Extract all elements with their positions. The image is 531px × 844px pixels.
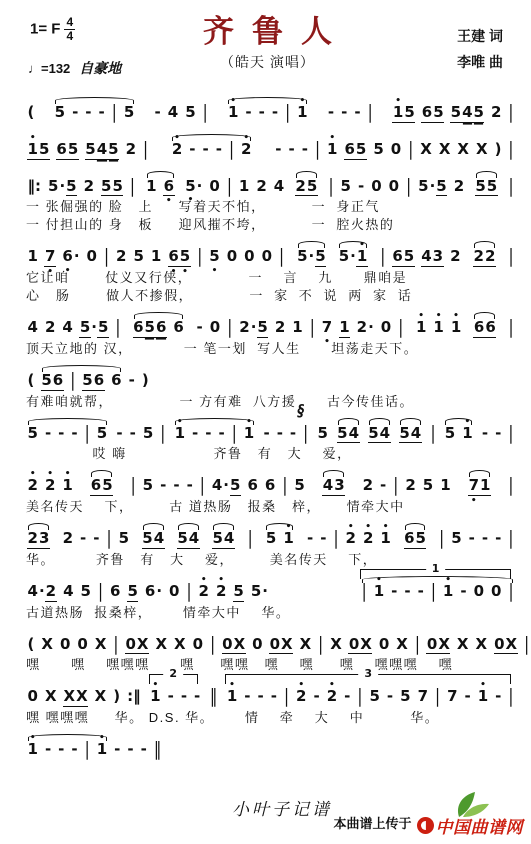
note-token: 6 — [173, 320, 184, 336]
note-token: 0 — [380, 320, 391, 336]
beat-cell: 5 — [142, 478, 153, 494]
note-token: 2 — [356, 320, 367, 336]
octave-dot-above: • — [296, 683, 307, 688]
note-token: 2 — [44, 320, 55, 336]
beat-cell: 0X — [494, 637, 518, 655]
beat-cell: 55 — [475, 179, 498, 197]
music-system: (56|566-)有难咱就帮， 一 方有难 八方援 古今传佳话。 — [10, 360, 525, 410]
note-token: - — [58, 426, 65, 442]
note-group: 51• — [441, 426, 476, 442]
note-token: 7 — [447, 689, 458, 705]
beat-cell: 1• — [380, 531, 391, 547]
note-group: 4·245|656·0|2•2•55· — [24, 584, 271, 602]
note-token: 5• — [185, 179, 196, 195]
note-token: 1• — [150, 689, 161, 705]
note-line: 1•---|1•---‖ — [10, 729, 525, 761]
beat-cell: - — [58, 426, 65, 442]
note-token: · — [429, 179, 436, 195]
note-token: 5 — [373, 142, 384, 158]
beat-cell: - — [417, 584, 424, 600]
note-token: - — [417, 584, 424, 600]
beat-cell: | — [283, 689, 289, 705]
beat-cell: | — [367, 105, 373, 121]
note-token: 2• — [44, 478, 55, 494]
beat-cell: 5 — [233, 584, 244, 602]
beat-cell: 5 — [96, 426, 107, 442]
note-group: 1•5655452| — [24, 142, 152, 160]
note-token: - — [327, 105, 334, 121]
beat-cell: | — [406, 179, 412, 195]
octave-dot-below: • — [321, 340, 332, 345]
note-token: X — [330, 637, 343, 653]
beat-cell: | — [328, 179, 334, 195]
slur-arc — [28, 418, 107, 425]
note-token: 4 — [63, 584, 74, 600]
beat-cell: - — [344, 689, 351, 705]
note-token: | — [160, 424, 166, 444]
beat-cell: 54 — [399, 426, 422, 444]
beat-cell: - — [128, 373, 135, 389]
music-system: 4245·5|6566-0|2·521|7•12·0|1•1•1•66|顶天立地… — [10, 307, 525, 357]
ending-number: 2 — [163, 667, 183, 681]
note-token: 5 — [133, 249, 144, 265]
beat-cell: | — [227, 320, 233, 336]
note-group: | — [244, 531, 256, 547]
beat-cell: 0 — [491, 584, 502, 600]
note-token: 5 — [399, 426, 410, 444]
note-token: · — [73, 249, 80, 265]
note-token: 1• — [283, 531, 294, 547]
note-token: X — [299, 637, 312, 653]
beat-cell: 2 — [450, 249, 461, 265]
note-token: - — [313, 689, 320, 705]
note-token: ‖ — [209, 687, 218, 707]
beat-cell: 2• — [171, 142, 182, 158]
note-token: X — [505, 637, 518, 655]
note-token: X — [457, 142, 470, 158]
note-group: -) — [125, 373, 152, 389]
note-token: 5 — [265, 531, 276, 547]
note-token: - — [354, 105, 361, 121]
note-token: | — [199, 476, 205, 496]
note-token: 2 — [405, 478, 416, 494]
octave-dot-above: • — [326, 683, 337, 688]
site-logo: 中国曲谱网 — [417, 791, 524, 838]
beat-cell: - — [189, 142, 196, 158]
beat-cell: 2 — [44, 320, 55, 336]
note-token: | — [130, 476, 136, 496]
note-token: - — [320, 531, 327, 547]
note-token: 2 — [45, 584, 56, 602]
music-system: 2•2•1•65|5---|4·566|5432-|2517•1|美名传天 下，… — [10, 465, 525, 515]
beat-cell: 2• — [362, 531, 373, 547]
note-token: 0 — [77, 637, 88, 653]
beat-cell: | — [508, 179, 514, 195]
music-system: 0XXXX):‖21•---‖31•---|2•-2•-|5-57|7-1•-|… — [10, 676, 525, 726]
note-token: 5 — [127, 584, 138, 602]
note-group: 23 — [24, 531, 53, 549]
note-token: · — [59, 179, 66, 195]
note-token: - — [301, 142, 308, 158]
beat-cell: 6 — [173, 320, 184, 336]
note-token: 5 — [369, 689, 380, 705]
beat-cell: - — [263, 426, 270, 442]
beat-cell: - — [154, 105, 161, 121]
beat-cell: 4 — [63, 584, 74, 600]
beat-cell: - — [354, 105, 361, 121]
note-token: · — [156, 584, 163, 600]
note-token: 4 — [348, 426, 359, 444]
note-group: 6566 — [130, 320, 188, 338]
note-token: 1 — [480, 478, 491, 496]
music-system: ‖:5·5255|16•5•·0|12425|5-00|5·5255|一 张倔强… — [10, 166, 525, 234]
note-token: | — [247, 529, 253, 549]
note-token: | — [333, 529, 339, 549]
beat-cell: 5 — [133, 249, 144, 265]
beat-cell: X — [457, 142, 470, 158]
note-token: 5 — [400, 689, 411, 705]
note-token: 0 — [269, 637, 280, 655]
note-token: | — [406, 177, 412, 197]
beat-cell: 5 — [54, 105, 65, 121]
beat-cell: 0 — [252, 637, 263, 653]
octave-dot-above: • — [283, 525, 294, 530]
octave-dot-above: • — [362, 525, 373, 530]
note-token: 5 — [297, 249, 308, 265]
music-system: 4·245|656·0|2•2•55·1|1•---|1•-00|古道热肠 报桑… — [10, 571, 525, 621]
beat-cell: 1• — [227, 105, 238, 121]
note-group: --5| — [113, 426, 169, 442]
note-token: - — [257, 689, 264, 705]
note-token: 5 — [475, 179, 486, 197]
beat-cell: - — [404, 584, 411, 600]
note-token: 5 — [294, 478, 305, 494]
octave-dot-below: • — [168, 270, 179, 275]
octave-dot-above: • — [62, 472, 73, 477]
beat-cell: 1• — [415, 320, 426, 336]
ending-number: 3 — [358, 667, 378, 681]
beat-cell: 5 — [373, 142, 384, 158]
transcriber-signature: 小叶子记谱 — [232, 795, 332, 820]
note-token: | — [97, 582, 103, 602]
note-token: 5 — [118, 531, 129, 547]
note-group: 5 — [314, 426, 331, 442]
beat-cell: 0 — [390, 142, 401, 158]
note-token: 2 — [274, 320, 285, 336]
note-token: X — [41, 637, 54, 653]
note-token: X — [396, 637, 409, 653]
note-token: 5 — [368, 426, 379, 444]
beat-cell: ‖ — [209, 689, 218, 705]
note-token: X — [136, 637, 149, 655]
note-group: | — [505, 179, 517, 195]
note-token: 5 — [230, 478, 241, 496]
beat-cell: 65 — [392, 249, 415, 267]
beat-cell: - — [301, 142, 308, 158]
note-token: 3 — [432, 249, 443, 267]
octave-dot-above: • — [243, 420, 254, 425]
note-token: X — [44, 689, 57, 705]
note-token: · — [223, 478, 230, 494]
note-token: 0 — [209, 179, 220, 195]
note-token: 5 — [142, 478, 153, 494]
octave-dot-above: • — [174, 420, 185, 425]
beat-cell: | — [508, 426, 514, 442]
note-token: | — [380, 247, 386, 267]
note-token: 1• — [477, 689, 488, 705]
note-token: X — [94, 637, 107, 653]
beat-cell: 54 — [337, 426, 360, 444]
note-token: 5 — [27, 426, 38, 442]
octave-dot-above: • — [226, 683, 237, 688]
beat-cell: | — [524, 637, 530, 653]
note-token: X — [155, 637, 168, 653]
note-token: 5 — [142, 426, 153, 442]
note-group: 1•1•1• — [412, 320, 464, 336]
octave-dot-above: • — [380, 525, 391, 530]
note-token: X — [475, 637, 488, 653]
note-token: 5 — [257, 320, 268, 338]
beat-cell: 0 — [192, 637, 203, 653]
note-token: - — [85, 105, 92, 121]
note-line: 4·245|656·0|2•2•55·1|1•---|1•-00| — [10, 571, 525, 605]
note-group: 2•---|2• — [168, 142, 255, 158]
note-token: | — [508, 247, 514, 267]
note-token: 1• — [380, 531, 391, 547]
note-token: · — [38, 584, 45, 600]
beat-cell: 65 — [344, 142, 367, 160]
beat-cell: 54 — [368, 426, 391, 444]
beat-cell: | — [186, 584, 192, 600]
note-token: | — [283, 687, 289, 707]
beat-cell: 2 — [125, 142, 136, 158]
octave-dot-above: • — [27, 736, 38, 741]
note-token: 7 — [417, 689, 428, 705]
note-token: 2• — [241, 142, 252, 158]
beat-cell: X — [438, 142, 451, 158]
beat-cell: 0 — [371, 179, 382, 195]
note-token: 5 — [67, 142, 78, 160]
note-token: | — [508, 177, 514, 197]
note-token: 6 — [404, 531, 415, 549]
beat-cell: 7•1 — [468, 478, 491, 496]
note-token: ) — [141, 373, 149, 389]
beat-cell: 56 — [41, 373, 64, 391]
note-token: 6 — [473, 320, 484, 338]
note-group: 31•---|2•-2•-|5-57|7-1•-| — [223, 689, 517, 705]
note-token: | — [508, 687, 514, 707]
beat-cell: 1• — [150, 689, 161, 705]
note-token: 0 — [27, 689, 38, 705]
octave-dot-above: • — [356, 243, 367, 248]
beat-cell: 6 — [110, 584, 121, 600]
note-token: - — [357, 179, 364, 195]
note-token: - — [495, 426, 502, 442]
octave-dot-above: • — [415, 314, 426, 319]
beat-cell: - — [481, 531, 488, 547]
note-token: 0 — [371, 179, 382, 195]
note-token: 2 — [453, 179, 464, 195]
octave-dot-above: • — [450, 314, 461, 319]
note-group: ---‖ — [111, 742, 165, 758]
note-token: 6 — [110, 584, 121, 600]
beat-cell: 0 — [378, 637, 389, 653]
beat-cell: 1• — [462, 426, 473, 442]
note-token: - — [468, 531, 475, 547]
note-token: 5 — [185, 105, 196, 121]
beat-cell: | — [318, 637, 324, 653]
note-token: 0 — [125, 637, 136, 655]
upload-note: 本曲谱上传于 — [333, 813, 411, 838]
beat-cell: 5•· — [185, 179, 203, 195]
beat-cell: 2• — [198, 584, 209, 600]
note-token: | — [103, 247, 109, 267]
beat-cell: - — [72, 105, 79, 121]
beat-cell: 5·5 — [297, 249, 327, 267]
beat-cell: - — [93, 531, 100, 547]
beat-cell: 2 — [83, 179, 94, 195]
beat-cell: 56 — [82, 373, 105, 391]
note-token: 4 — [322, 478, 333, 496]
beat-cell: - — [391, 584, 398, 600]
note-token: | — [285, 103, 291, 123]
note-token: - — [189, 142, 196, 158]
brand-row: 中国曲谱网 — [417, 813, 524, 838]
note-token: 2• — [326, 689, 337, 705]
note-token: 5 — [340, 179, 351, 195]
note-token: - — [270, 689, 277, 705]
beat-cell: | — [398, 320, 404, 336]
beat-cell: 4 — [62, 320, 73, 336]
note-token: 1• — [442, 584, 453, 600]
note-token: 4 — [96, 142, 107, 160]
beat-cell: | — [357, 689, 363, 705]
note-token: 5 — [403, 249, 414, 267]
beat-cell: | — [333, 531, 339, 547]
beat-cell: 1 — [339, 320, 350, 338]
note-token: 5 — [66, 179, 77, 197]
note-token: - — [495, 531, 502, 547]
note-token: 5 — [337, 426, 348, 444]
note-group: 5---|5 — [24, 426, 111, 442]
note-token: 4 — [62, 320, 73, 336]
note-token: | — [231, 424, 237, 444]
beat-cell: 2 — [490, 105, 501, 121]
beat-cell: 5 — [294, 478, 305, 494]
beat-cell: 0 — [59, 637, 70, 653]
note-token: | — [508, 318, 514, 338]
note-token: 1 — [440, 478, 451, 494]
beat-cell: 7 — [447, 689, 458, 705]
beat-cell: | — [309, 320, 315, 336]
beat-cell: 1• — [477, 689, 488, 705]
beat-cell: - — [306, 531, 313, 547]
beat-cell: | — [408, 142, 414, 158]
note-group: 54 — [396, 426, 425, 444]
beat-cell: - — [192, 426, 199, 442]
note-token: | — [408, 140, 414, 160]
note-token: X — [475, 142, 488, 158]
note-group: |5---| — [436, 531, 517, 547]
note-token: | — [282, 476, 288, 496]
note-token: | — [318, 635, 324, 655]
note-group: -0|2·521|7•12·0| — [193, 320, 407, 338]
beat-cell: 2 — [256, 179, 267, 195]
beat-cell: X — [396, 637, 409, 653]
beat-cell: 2• — [326, 689, 337, 705]
note-token: | — [111, 103, 117, 123]
beat-cell: 1 — [238, 179, 249, 195]
note-group: 17•6•·0|2516•5•|5•000| — [24, 249, 288, 267]
beat-cell: - — [313, 689, 320, 705]
note-token: X — [438, 142, 451, 158]
beat-cell: | — [508, 249, 514, 265]
beat-cell: 2• — [27, 478, 38, 494]
beat-cell: ) — [113, 689, 121, 705]
note-token: | — [328, 177, 334, 197]
beat-cell: | — [508, 478, 514, 494]
beat-cell: - — [85, 105, 92, 121]
note-token: | — [508, 103, 514, 123]
beat-cell: 0X — [222, 637, 246, 655]
octave-dot-above: • — [44, 472, 55, 477]
note-token: 1 — [238, 179, 249, 195]
note-token: 1• — [62, 478, 73, 494]
beat-cell: | — [279, 249, 285, 265]
music-system: (X00X|0XXX0|0X00XX|X0X0X|0XXX0X|嘿 嘿 嘿嘿嘿 … — [10, 624, 525, 674]
beat-cell: 54 — [142, 531, 165, 549]
octave-dot-above: • — [227, 99, 238, 104]
beat-cell: - — [44, 742, 51, 758]
beat-cell: 1• — [442, 584, 453, 600]
beat-cell: - — [58, 742, 65, 758]
beat-cell: |§ — [303, 426, 309, 442]
note-token: 5 — [450, 105, 461, 123]
note-group: ‖:5·5255| — [24, 179, 138, 197]
beat-cell: - — [289, 426, 296, 442]
note-token: | — [84, 740, 90, 760]
note-token: - — [72, 105, 79, 121]
note-token: 6 — [133, 320, 144, 338]
octave-dot-above: • — [433, 314, 444, 319]
beat-cell: | — [115, 320, 121, 336]
note-token: - — [194, 689, 201, 705]
note-token: 4 — [211, 478, 222, 494]
note-group: |5---|4·566|5 — [127, 478, 308, 496]
note-token: 2• — [198, 584, 209, 600]
beat-cell: | — [430, 426, 436, 442]
note-token: | — [70, 371, 76, 391]
beat-cell: | — [103, 249, 109, 265]
note-token: | — [439, 529, 445, 549]
octave-dot-below: • — [209, 269, 220, 274]
note-group: | — [505, 249, 517, 265]
note-token: 2 — [295, 179, 306, 197]
beat-cell: 1 — [27, 249, 38, 265]
note-line: 0XXXX):‖21•---‖31•---|2•-2•-|5-57|7-1•-| — [10, 676, 525, 710]
note-token: 0 — [192, 637, 203, 653]
note-group: | — [505, 320, 517, 336]
note-token: | — [398, 318, 404, 338]
note-line: 5---|5--5|1•---|1•---|§5545454|51•--| — [10, 413, 525, 447]
note-token: ( — [27, 373, 35, 389]
octave-dot-above: • — [462, 420, 473, 425]
note-token: · — [350, 249, 357, 265]
beat-cell: :‖ — [127, 689, 142, 705]
note-token: ) — [113, 689, 121, 705]
note-token: 4 — [273, 179, 284, 195]
beat-cell: 5 — [400, 689, 411, 705]
